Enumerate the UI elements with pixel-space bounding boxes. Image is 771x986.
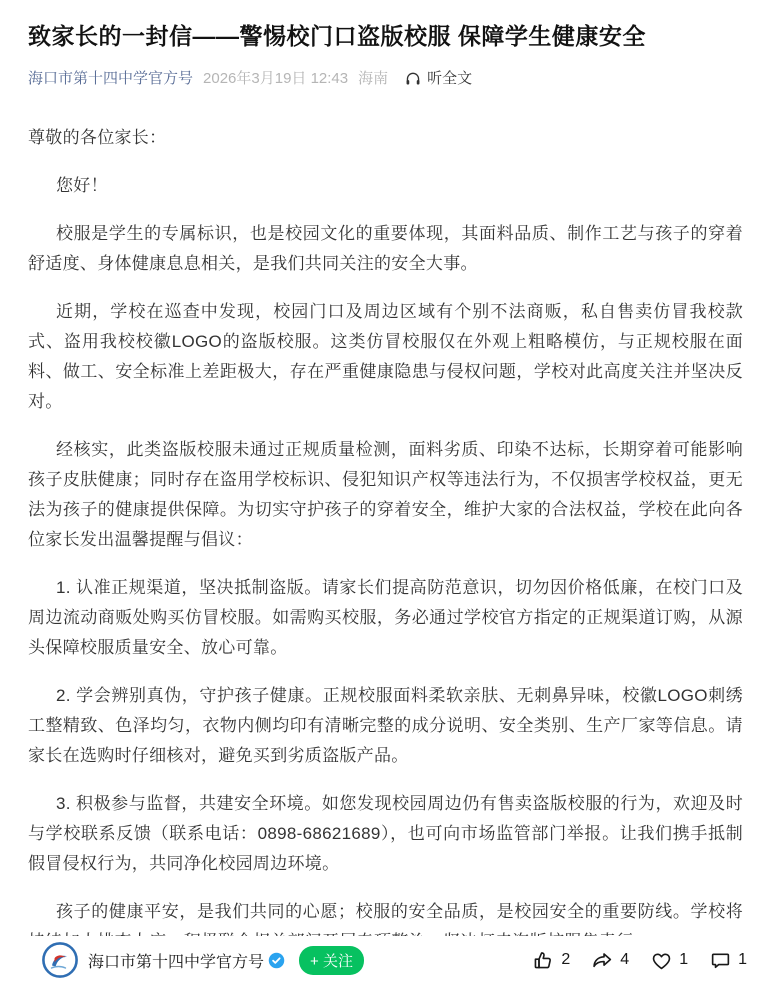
account-avatar[interactable] [42,942,78,978]
listen-full-text-label: 听全文 [427,69,472,89]
article-body: 尊敬的各位家长：您好！校服是学生的专属标识，也是校园文化的重要体现，其面料品质、… [28,123,743,957]
heart-count: 1 [679,951,688,969]
article-paragraph: 尊敬的各位家长： [28,123,743,153]
publish-date: 2026年3月19日 12:43 [203,69,348,89]
like-button[interactable]: 2 [532,949,570,972]
article-paragraph: 校服是学生的专属标识，也是校园文化的重要体现，其面料品质、制作工艺与孩子的穿着舒… [28,219,743,279]
footer-bar: 海口市第十四中学官方号 + 关注 2 4 [0,936,771,986]
heart-button[interactable]: 1 [650,949,688,972]
listen-full-text-button[interactable]: 听全文 [404,69,472,89]
article-paragraph: 您好！ [28,171,743,201]
article-paragraph: 1. 认准正规渠道，坚决抵制盗版。请家长们提高防范意识，切勿因价格低廉，在校门口… [28,573,743,663]
share-arrow-icon [591,949,614,972]
article-paragraph: 近期，学校在巡查中发现，校园门口及周边区域有个别不法商贩，私自售卖仿冒我校款式、… [28,297,743,417]
account-link[interactable]: 海口市第十四中学官方号 [28,69,193,89]
comment-button[interactable]: 1 [709,949,747,972]
share-button[interactable]: 4 [591,949,629,972]
comment-count: 1 [738,951,747,969]
comment-bubble-icon [709,949,732,972]
article-page: 致家长的一封信——警惕校门口盗版校服 保障学生健康安全 海口市第十四中学官方号 … [0,0,771,957]
footer-account-name[interactable]: 海口市第十四中学官方号 [88,949,264,972]
article-paragraph: 经核实，此类盗版校服未通过正规质量检测，面料劣质、印染不达标，长期穿着可能影响孩… [28,435,743,555]
thumbs-up-icon [532,949,555,972]
headphone-icon [404,70,422,88]
article-meta: 海口市第十四中学官方号 2026年3月19日 12:43 海南 听全文 [28,69,743,89]
like-count: 2 [561,951,570,969]
article-paragraph: 2. 学会辨别真伪，守护孩子健康。正规校服面料柔软亲肤、无刺鼻异味，校徽LOGO… [28,681,743,771]
heart-icon [650,949,673,972]
article-paragraph: 3. 积极参与监督，共建安全环境。如您发现校园周边仍有售卖盗版校服的行为，欢迎及… [28,789,743,879]
publish-location: 海南 [358,69,388,89]
verified-badge-icon [268,952,285,969]
article-title: 致家长的一封信——警惕校门口盗版校服 保障学生健康安全 [28,20,743,53]
follow-button[interactable]: + 关注 [299,946,364,975]
footer-actions: 2 4 1 1 [532,949,747,972]
share-count: 4 [620,951,629,969]
school-logo-icon [42,942,78,978]
